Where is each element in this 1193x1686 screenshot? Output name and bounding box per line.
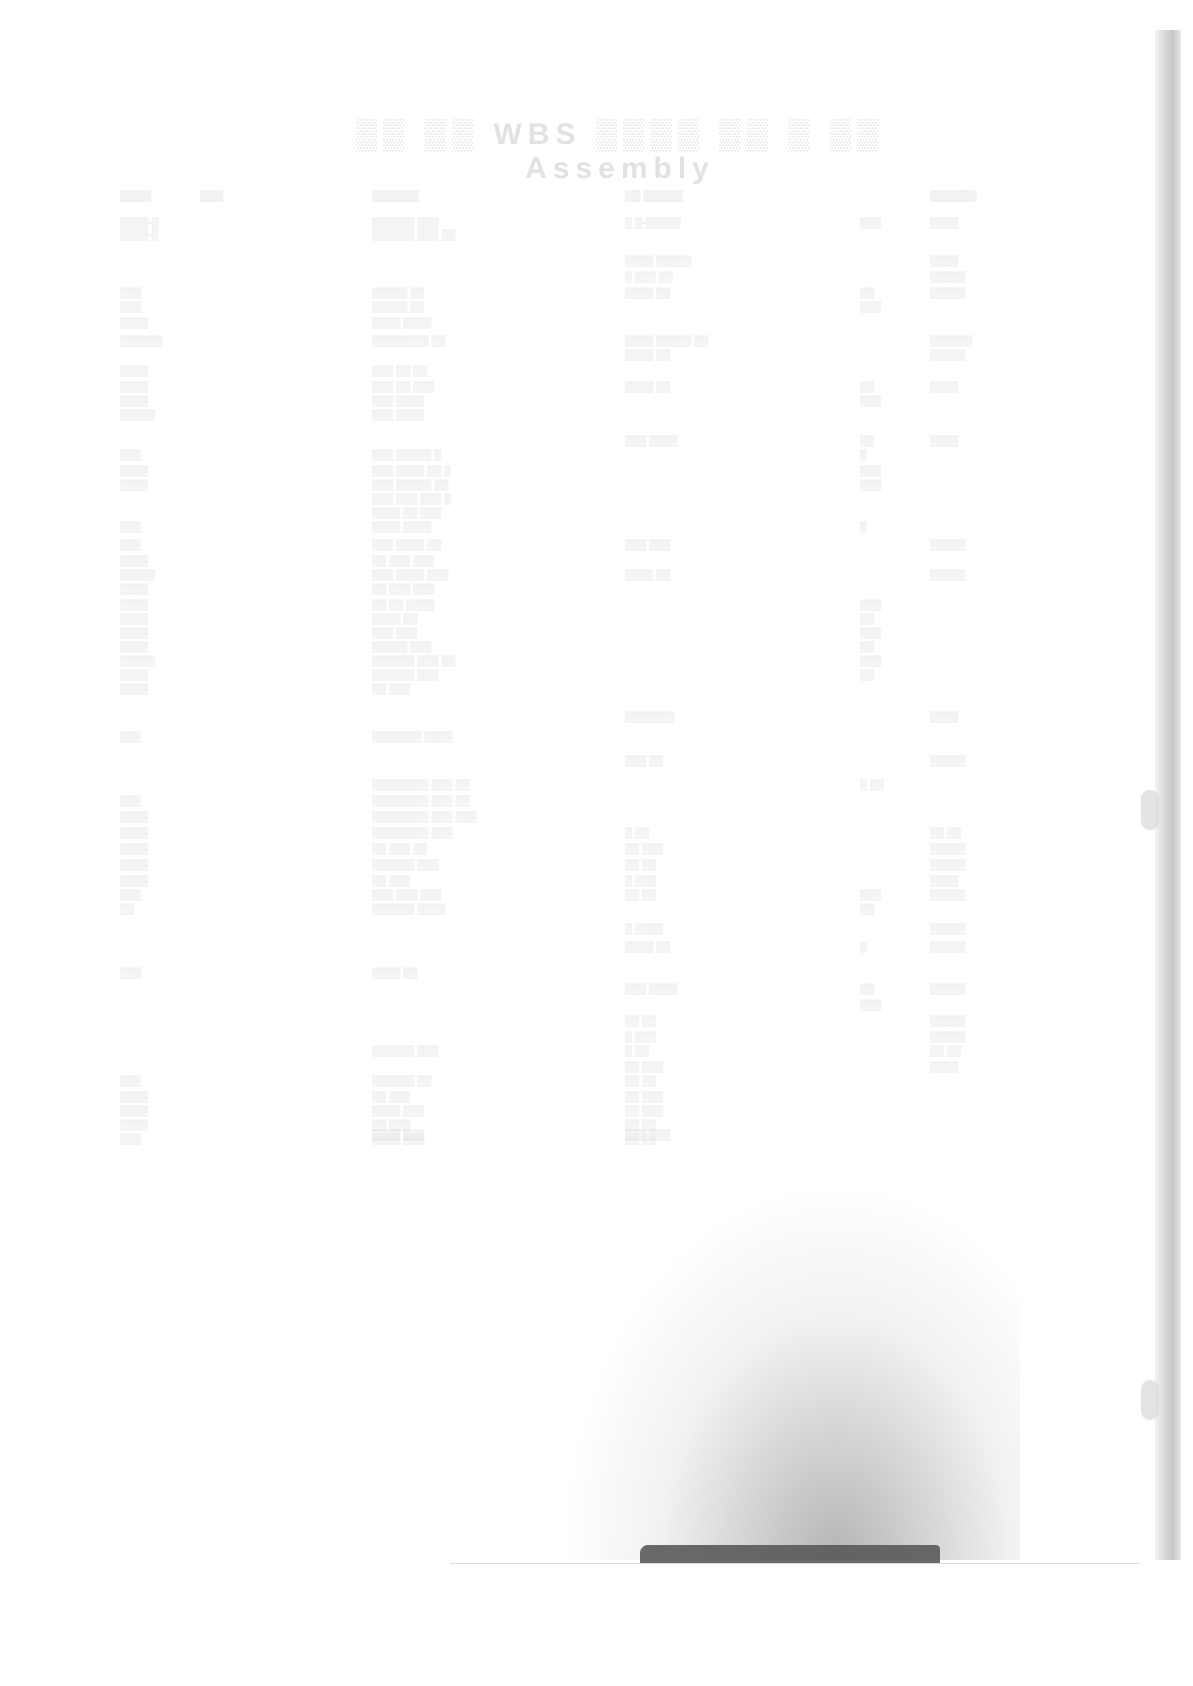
table-cell: ▒▒▒▒▒▒ ▒▒▒ ▒▒ <box>372 656 456 667</box>
scan-edge-artifact <box>1141 790 1159 830</box>
table-cell: ▒▒ <box>860 436 874 447</box>
table-cell: ▒▒▒▒ <box>120 466 148 477</box>
table-cell: ▒▒▒▒▒ <box>120 570 155 581</box>
table-cell: ▒▒▒ <box>120 1076 141 1087</box>
table-cell: ▒ <box>860 942 867 953</box>
table-cell: ▒▒▒▒ <box>120 684 148 695</box>
table-cell: ▒▒▒ <box>860 396 881 407</box>
table-cell: ▒▒▒▒▒ <box>120 656 155 667</box>
table-cell: ▒▒▒ ▒▒▒▒ <box>625 436 677 447</box>
column-header-1: ▒▒▒▒ <box>120 190 151 202</box>
table-cell: ▒▒▒▒▒ <box>930 984 965 995</box>
table-cell: ▒▒▒▒▒▒▒ <box>625 712 675 723</box>
table-cell: ▒▒▒▒ <box>120 876 148 887</box>
table-cell: ▒▒▒▒▒▒ ▒▒▒ <box>372 1046 439 1057</box>
table-cell: ▒▒▒▒ <box>930 256 958 267</box>
table-cell: ▒▒▒ <box>860 302 881 313</box>
table-cell: ▒▒▒▒ ▒▒ <box>372 614 417 625</box>
table-cell: ▒▒▒▒ <box>120 812 148 823</box>
table-cell: ▒▒▒ ▒▒▒▒ ▒▒ <box>372 540 441 551</box>
table-cell: ▒▒ <box>860 984 874 995</box>
table-cell: ▒▒▒▒ <box>930 382 958 393</box>
scan-smudge <box>560 1180 1020 1560</box>
table-cell: ▒▒▒▒ <box>930 712 958 723</box>
table-cell: ▒▒▒▒▒ <box>930 860 965 871</box>
page-bottom-line <box>450 1563 1140 1564</box>
table-cell: ▒▒ ▒▒ <box>930 1046 961 1057</box>
table-cell: ▒▒ <box>860 614 874 625</box>
table-cell: ▒▒▒ ▒▒▒▒▒ ▒ <box>372 450 441 461</box>
table-cell: ▒▒ ▒▒ <box>625 1016 656 1027</box>
table-cell: ▒▒▒▒▒▒▒▒ ▒▒▒ ▒▒ <box>372 796 470 807</box>
table-cell: ▒▒▒▒▒▒▒▒ ▒▒▒ ▒▒ <box>372 780 470 791</box>
table-cell: ▒▒▒▒▒ ▒▒ <box>372 302 424 313</box>
table-cell: ▒▒▒▒ <box>120 642 148 653</box>
table-cell: ▒▒▒ <box>120 450 141 461</box>
table-cell: ▒▒▒▒ <box>930 436 958 447</box>
table-cell: ▒▒▒ ▒▒▒ ▒▒▒ <box>372 890 441 901</box>
table-cell: ▒▒▒▒ <box>120 382 148 393</box>
table-cell: ▒▒▒ ▒▒ ▒▒▒ <box>372 382 434 393</box>
table-cell: ▒▒▒ <box>860 480 881 491</box>
table-cell: ▒▒▒▒▒ <box>930 272 965 283</box>
table-cell: ▒▒▒ <box>860 656 881 667</box>
table-cell: ▒▒▒▒▒▒ ▒▒▒ ▒▒ <box>372 230 456 241</box>
table-cell: ▒▒▒ <box>120 968 141 979</box>
table-cell: ▒ ▒▒▒▒ <box>625 924 663 935</box>
table-cell: ▒▒▒▒-▒ <box>120 218 159 229</box>
table-cell: ▒ ▒▒▒ <box>625 876 656 887</box>
table-cell: ▒▒▒▒ <box>120 1106 148 1117</box>
column-header-5: ▒▒▒▒▒▒ <box>930 190 977 202</box>
column-header-3: ▒▒▒▒▒▒ <box>372 190 419 202</box>
table-cell: ▒ ▒▒ <box>860 780 884 791</box>
table-cell: ▒▒▒▒ <box>120 828 148 839</box>
table-cell: ▒▒▒ <box>120 796 141 807</box>
table-cell: ▒▒▒▒▒▒▒ ▒▒▒▒ <box>372 732 453 743</box>
table-cell: ▒▒ <box>860 904 874 915</box>
table-cell: ▒▒ <box>860 670 874 681</box>
table-cell: ▒▒▒▒▒ <box>930 350 965 361</box>
table-cell: ▒▒▒ <box>120 1134 141 1145</box>
table-cell: ▒ ▒▒▒ ▒▒ <box>625 272 673 283</box>
table-cell: ▒▒▒▒ <box>120 860 148 871</box>
table-cell: ▒▒▒ <box>860 1000 881 1011</box>
table-cell: ▒▒ ▒▒▒ <box>372 1092 410 1103</box>
table-cell: ▒▒▒▒ ▒▒ <box>625 942 670 953</box>
table-cell: ▒▒▒▒▒ ▒▒▒ <box>372 642 431 653</box>
table-cell: ▒▒▒ ▒▒▒▒ <box>372 396 424 407</box>
table-cell: ▒▒▒ ▒▒▒▒▒ ▒▒ <box>372 480 448 491</box>
table-cell: ▒▒▒▒▒ <box>930 890 965 901</box>
table-cell: ▒▒▒▒ <box>120 1120 148 1131</box>
table-cell: ▒▒ ▒▒ ▒▒▒▒ <box>372 600 434 611</box>
table-cell: ▒▒▒▒▒ <box>930 1032 965 1043</box>
table-cell: ▒▒▒▒▒ <box>930 942 965 953</box>
table-cell: ▒▒▒▒▒ <box>930 570 965 581</box>
table-cell: ▒ ▒-▒▒▒▒▒ <box>625 218 681 229</box>
table-cell: ▒▒▒▒▒ <box>120 410 155 421</box>
table-cell: ▒▒▒▒ ▒▒ <box>625 382 670 393</box>
table-cell: ▒▒ ▒▒▒ <box>625 1062 663 1073</box>
table-cell: ▒▒▒▒ <box>120 396 148 407</box>
table-cell: ▒ ▒▒ <box>625 828 649 839</box>
table-cell: ▒▒▒ <box>860 890 881 901</box>
table-cell: ▒▒▒▒ <box>120 600 148 611</box>
table-cell: ▒▒▒▒ <box>120 628 148 639</box>
table-cell: ▒▒▒▒▒ <box>930 924 965 935</box>
table-cell: ▒▒▒ <box>860 218 881 229</box>
table-cell: ▒▒ ▒▒▒ <box>625 1106 663 1117</box>
table-cell: ▒▒▒ ▒▒▒ <box>372 628 417 639</box>
table-cell: ▒▒ ▒▒▒ <box>625 1092 663 1103</box>
table-cell: ▒▒▒▒ <box>930 218 958 229</box>
table-cell: ▒▒▒▒▒ <box>930 1016 965 1027</box>
table-cell: ▒▒▒ ▒▒▒ ▒▒▒ ▒ <box>372 494 451 505</box>
table-cell: ▒▒▒▒ <box>930 876 958 887</box>
table-cell: ▒▒▒▒ ▒▒ <box>625 570 670 581</box>
table-cell: ▒▒▒▒▒ ▒▒ <box>372 288 424 299</box>
table-cell: ▒▒ ▒▒▒ <box>372 876 410 887</box>
table-cell: ▒ <box>860 450 867 461</box>
table-cell: ▒▒ <box>860 382 874 393</box>
table-cell: ▒▒▒▒▒ <box>930 844 965 855</box>
table-cell: ▒▒▒ ▒▒▒ <box>625 540 670 551</box>
table-cell: ▒▒ ▒▒▒ ▒▒▒ <box>372 584 434 595</box>
table-cell: ▒▒▒▒ <box>120 1092 148 1103</box>
table-cell: ▒▒▒▒ <box>930 1062 958 1073</box>
table-cell: ▒▒▒▒ <box>120 584 148 595</box>
table-cell: ▒▒ ▒▒ <box>625 860 656 871</box>
table-cell: ▒▒ ▒▒▒ ▒▒ <box>372 844 427 855</box>
table-cell: ▒▒▒ ▒▒ ▒▒ <box>372 366 427 377</box>
table-cell: ▒▒▒▒ ▒▒ <box>625 350 670 361</box>
table-cell: ▒▒ ▒▒ <box>930 828 961 839</box>
table-cell: ▒▒▒▒▒▒▒▒ ▒▒▒ ▒▒▒ <box>372 812 477 823</box>
table-cell: ▒▒▒▒ ▒▒▒ <box>372 1130 424 1141</box>
table-cell: ▒▒▒▒▒▒ ▒▒▒▒ <box>372 904 446 915</box>
table-cell: ▒▒▒▒▒▒ <box>120 336 163 347</box>
table-cell: ▒▒▒▒ <box>120 318 148 329</box>
table-cell: ▒▒▒▒▒▒ <box>930 336 973 347</box>
table-cell: ▒▒▒▒▒▒▒▒ ▒▒ <box>372 336 446 347</box>
table-cell: ▒▒▒▒ ▒▒▒ <box>372 1106 424 1117</box>
table-cell: ▒▒ <box>120 904 134 915</box>
table-cell: ▒▒▒▒ <box>120 480 148 491</box>
column-header-2: ▒▒▒ <box>200 190 223 202</box>
table-cell: ▒▒▒▒▒ <box>930 756 965 767</box>
table-cell: ▒▒▒▒ <box>120 614 148 625</box>
table-cell: ▒▒▒▒-▒ <box>120 230 159 241</box>
table-cell: ▒▒▒▒▒▒ ▒▒▒ <box>372 860 439 871</box>
table-cell: ▒▒▒▒▒ <box>930 288 965 299</box>
table-cell: ▒▒▒▒▒▒▒▒ ▒▒▒ <box>372 828 453 839</box>
table-cell: ▒▒▒ ▒▒▒ <box>625 1130 670 1141</box>
table-cell: ▒▒▒▒▒▒ ▒▒ <box>372 1076 431 1087</box>
table-cell: ▒▒▒▒▒▒ ▒▒▒ <box>372 670 439 681</box>
table-cell: ▒▒▒▒ <box>120 844 148 855</box>
table-cell: ▒▒ ▒▒▒ ▒▒▒ <box>372 556 434 567</box>
table-cell: ▒▒▒▒ ▒▒▒▒ <box>372 318 431 329</box>
table-cell: ▒▒ <box>860 642 874 653</box>
table-cell: ▒▒▒ <box>860 628 881 639</box>
table-cell: ▒▒▒▒ ▒▒ ▒▒▒ <box>372 508 441 519</box>
table-cell: ▒▒▒ ▒▒▒▒ ▒▒ ▒ <box>372 466 451 477</box>
table-cell: ▒▒ ▒▒▒ <box>625 844 663 855</box>
table-cell: ▒▒▒▒▒ <box>930 540 965 551</box>
table-cell: ▒▒ ▒▒ <box>625 890 656 901</box>
table-cell: ▒▒▒ ▒▒▒▒ ▒▒▒ <box>372 570 448 581</box>
table-cell: ▒▒▒▒ <box>120 556 148 567</box>
table-cell: ▒▒ <box>860 288 874 299</box>
table-cell: ▒ <box>860 522 867 533</box>
scan-edge-shadow <box>1155 30 1181 1560</box>
table-cell: ▒▒▒ <box>860 466 881 477</box>
table-cell: ▒▒▒ <box>120 540 141 551</box>
table-cell: ▒▒ ▒▒ <box>625 1076 656 1087</box>
table-cell: ▒▒▒ ▒▒▒▒ <box>372 410 424 421</box>
table-cell: ▒▒▒ ▒▒ <box>625 756 663 767</box>
table-cell: ▒▒▒ <box>120 288 141 299</box>
table-cell: ▒▒▒▒ <box>120 366 148 377</box>
table-cell: ▒▒▒▒ ▒▒ <box>372 968 417 979</box>
table-cell: ▒▒▒▒ ▒▒▒▒ <box>372 522 431 533</box>
table-cell: ▒▒▒ <box>120 890 141 901</box>
table-cell: ▒▒▒▒ ▒▒ <box>625 288 670 299</box>
table-cell: ▒▒▒ <box>860 600 881 611</box>
scan-edge-artifact <box>1141 1380 1159 1420</box>
table-cell: ▒▒▒ <box>120 302 141 313</box>
table-cell: ▒▒▒▒ ▒▒▒▒▒ <box>625 256 692 267</box>
table-cell: ▒▒▒ <box>120 522 141 533</box>
table-cell: ▒▒▒▒ ▒▒▒▒▒ ▒▒ <box>625 336 709 347</box>
table-cell: ▒▒▒▒▒▒ ▒▒▒ <box>372 218 439 229</box>
table-cell: ▒ ▒▒▒ <box>625 1032 656 1043</box>
table-cell: ▒▒▒ <box>120 732 141 743</box>
table-cell: ▒▒ ▒▒▒ <box>372 684 410 695</box>
table-cell: ▒ ▒▒ <box>625 1046 649 1057</box>
column-header-4: ▒▒ ▒▒▒▒▒ <box>625 190 683 202</box>
table-cell: ▒▒▒ ▒▒▒▒ <box>625 984 677 995</box>
page-title: ▒▒ ▒▒ WBS ▒▒▒▒ ▒▒ ▒ ▒▒ Assembly <box>260 118 980 186</box>
scan-dark-mark <box>640 1545 940 1563</box>
table-cell: ▒▒▒▒ <box>120 670 148 681</box>
